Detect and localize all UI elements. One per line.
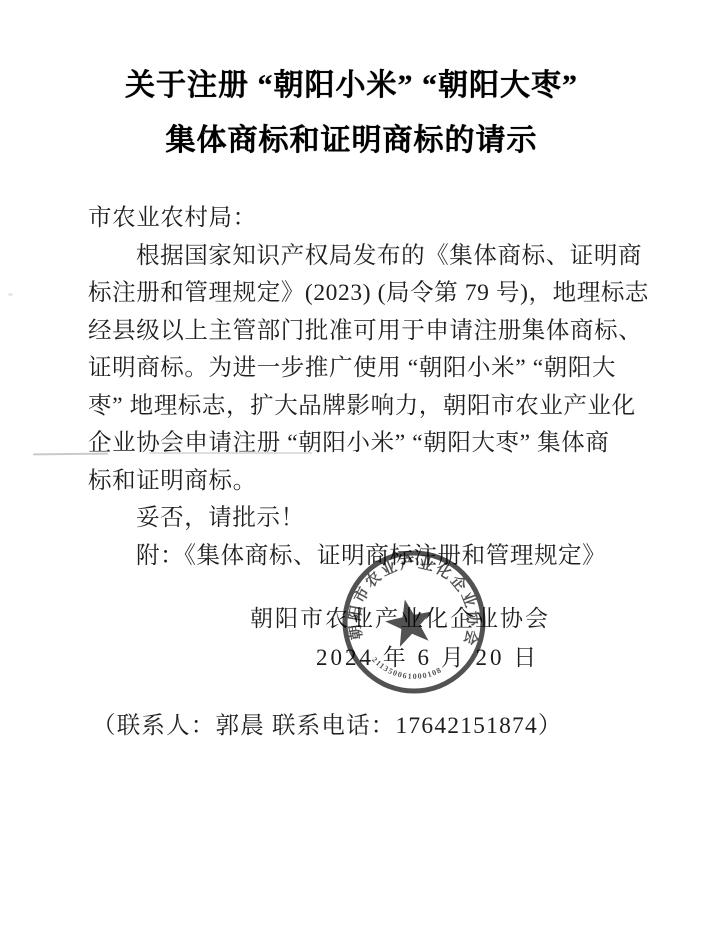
body-line: 证明商标。为进一步推广使用 “朝阳小米” “朝阳大 xyxy=(88,350,636,388)
salutation: 市农业农村局： xyxy=(88,200,636,238)
contact-line: （联系人：郭晨 联系电话：17642151874） xyxy=(92,706,563,740)
scanned-document-page: 关于注册 “朝阳小米” “朝阳大枣” 集体商标和证明商标的请示 市农业农村局： … xyxy=(0,0,703,939)
scan-artifact-dot xyxy=(8,293,13,296)
title-line-1: 关于注册 “朝阳小米” “朝阳大枣” xyxy=(0,58,703,113)
scan-artifact-line xyxy=(149,452,312,454)
body-line: 企业协会申请注册 “朝阳小米” “朝阳大枣” 集体商 xyxy=(88,425,636,463)
body-line: 标注册和管理规定》(2023) (局令第 79 号)，地理标志 xyxy=(88,275,636,313)
title-line-2: 集体商标和证明商标的请示 xyxy=(0,113,703,168)
document-title: 关于注册 “朝阳小米” “朝阳大枣” 集体商标和证明商标的请示 xyxy=(0,58,703,168)
document-body: 市农业农村局： 根据国家知识产权局发布的《集体商标、证明商 标注册和管理规定》(… xyxy=(88,200,636,575)
body-line: 标和证明商标。 xyxy=(88,463,636,501)
seal-org-name: 朝阳市农业产业化企业协会 xyxy=(346,553,482,649)
body-line: 经县级以上主管部门批准可用于申请注册集体商标、 xyxy=(88,313,636,351)
seal-number: 211350061000108 xyxy=(370,655,444,681)
star-icon xyxy=(382,595,438,649)
body-line: 根据国家知识产权局发布的《集体商标、证明商 xyxy=(88,238,636,276)
official-seal: 朝阳市农业产业化企业协会 211350061000108 xyxy=(338,546,490,698)
body-line: 枣” 地理标志，扩大品牌影响力，朝阳市农业产业化 xyxy=(88,388,636,426)
approval-line: 妥否，请批示！ xyxy=(88,500,636,538)
